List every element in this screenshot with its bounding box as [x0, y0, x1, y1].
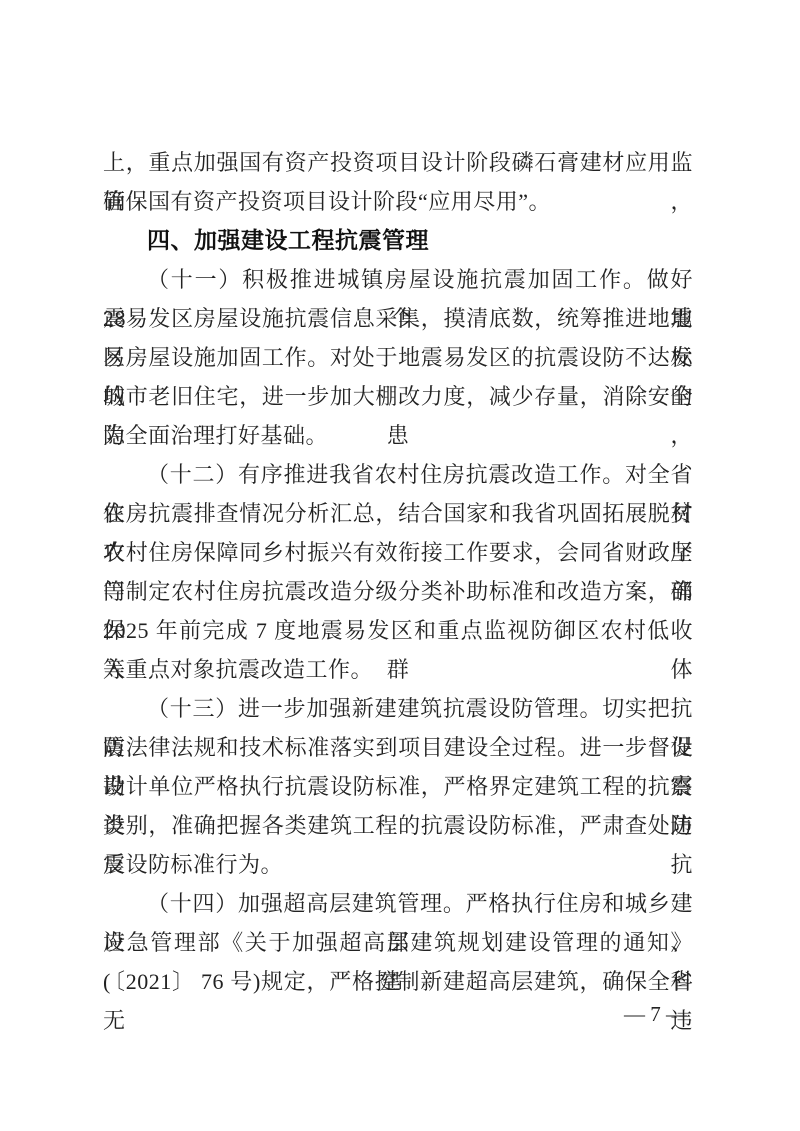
text-line: 震易发区房屋设施抗震信息采集，摸清底数，统筹推进地震易发	[103, 299, 693, 338]
para-13: （十三）进一步加强新建建筑抗震设防管理。切实把抗震设防法律法规和技术标准落实到项…	[103, 689, 693, 884]
text-line: （十四）加强超高层建筑管理。严格执行住房和城乡建设部、	[103, 884, 693, 923]
document-page: 上，重点加强国有资产投资项目设计阶段磷石膏建材应用监管，确保国有资产投资项目设计…	[0, 0, 800, 1131]
text-line: 应急管理部《关于加强超高层建筑规划建设管理的通知》(建科	[103, 923, 693, 962]
para-continuation: 上，重点加强国有资产投资项目设计阶段磷石膏建材应用监管，确保国有资产投资项目设计…	[103, 143, 693, 221]
text-line: 类别，准确把握各类建筑工程的抗震设防标准，严肃查处违反抗	[103, 806, 693, 845]
text-line: 〔2021〕 76 号)规定，严格控制新建超高层建筑，确保全省无违	[103, 962, 693, 1001]
text-line: 门制定农村住房抗震改造分级分类补助标准和改造方案，确保	[103, 572, 693, 611]
text-line: 住房抗震排查情况分析汇总，结合国家和我省巩固拓展脱贫攻坚	[103, 494, 693, 533]
text-line: 上，重点加强国有资产投资项目设计阶段磷石膏建材应用监管，	[103, 143, 693, 182]
document-content: 上，重点加强国有资产投资项目设计阶段磷石膏建材应用监管，确保国有资产投资项目设计…	[103, 143, 693, 1001]
heading-section-4: 四、加强建设工程抗震管理	[103, 221, 693, 260]
text-line: 设计单位严格执行抗震设防标准，严格界定建筑工程的抗震设防	[103, 767, 693, 806]
para-11: （十一）积极推进城镇房屋设施抗震加固工作。做好 28 个地震易发区房屋设施抗震信…	[103, 260, 693, 455]
page-number: — 7 —	[624, 1002, 687, 1026]
section-heading: 四、加强建设工程抗震管理	[103, 221, 693, 260]
text-line: 防法律法规和技术标准落实到项目建设全过程。进一步督促勘察	[103, 728, 693, 767]
page-footer: — 7 —	[103, 999, 693, 1029]
para-12: （十二）有序推进我省农村住房抗震改造工作。对全省农村住房抗震排查情况分析汇总，结…	[103, 455, 693, 689]
text-line: 2025 年前完成 7 度地震易发区和重点监视防御区农村低收入群体	[103, 611, 693, 650]
text-line: 城市老旧住宅，进一步加大棚改力度，减少存量，消除安全隐患，	[103, 377, 693, 416]
text-line: （十一）积极推进城镇房屋设施抗震加固工作。做好 28 个地	[103, 260, 693, 299]
text-line: （十三）进一步加强新建建筑抗震设防管理。切实把抗震设	[103, 689, 693, 728]
text-line: （十二）有序推进我省农村住房抗震改造工作。对全省农村	[103, 455, 693, 494]
text-line: 农村住房保障同乡村振兴有效衔接工作要求，会同省财政厅等部	[103, 533, 693, 572]
para-14: （十四）加强超高层建筑管理。严格执行住房和城乡建设部、应急管理部《关于加强超高层…	[103, 884, 693, 1001]
text-line: 区房屋设施加固工作。对处于地震易发区的抗震设防不达标的的	[103, 338, 693, 377]
